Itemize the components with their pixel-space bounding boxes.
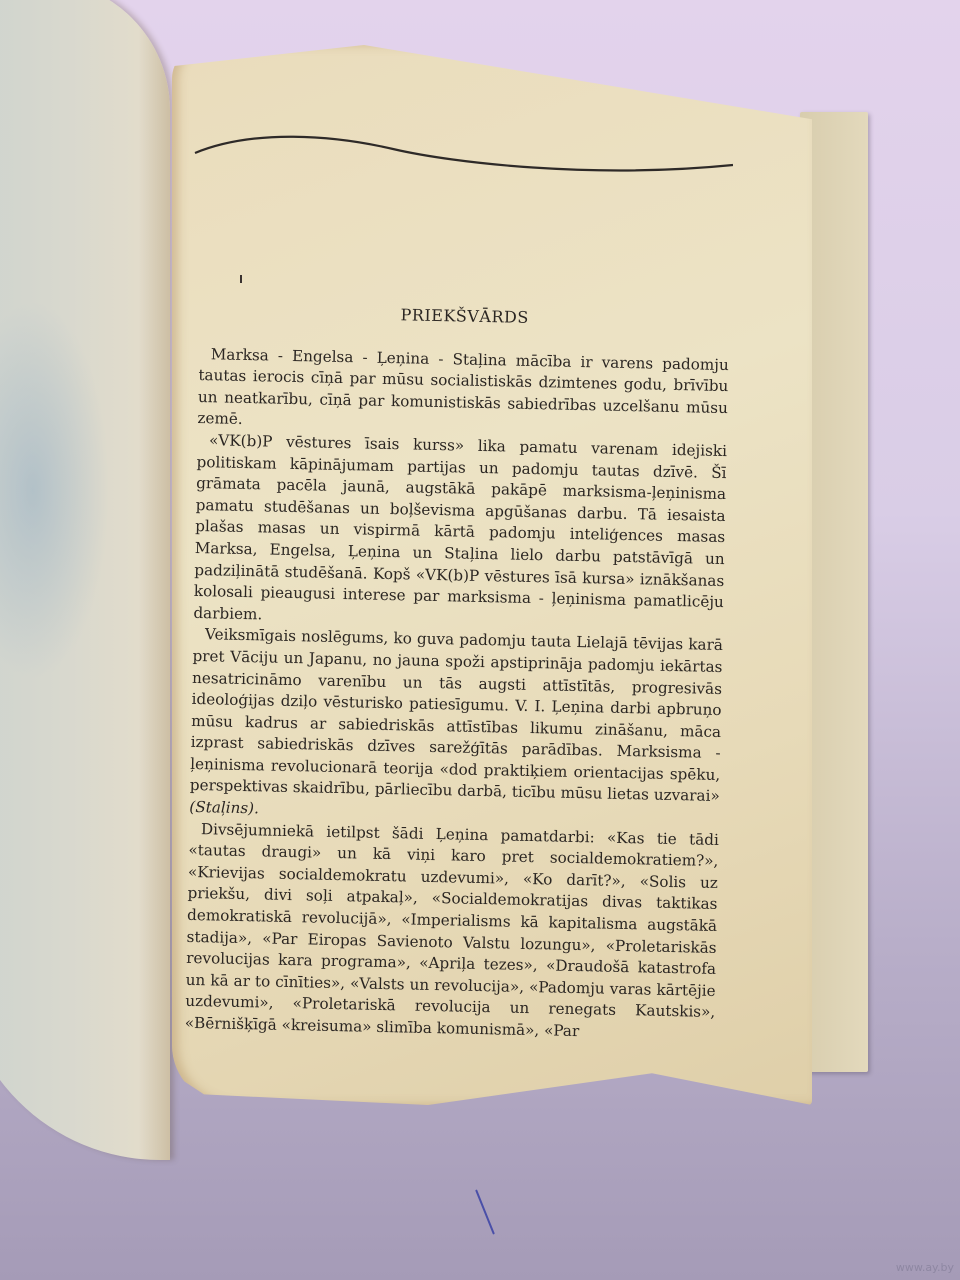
quote-attribution: (Staļins). xyxy=(189,798,259,817)
decorative-rule xyxy=(193,125,733,185)
left-page xyxy=(0,0,170,1160)
blue-stain xyxy=(0,300,110,680)
paragraph-4: Divsējumniekā ietilpst šādi Ļeņina pamat… xyxy=(185,819,719,1046)
ink-speck xyxy=(240,275,242,283)
page-text: PRIEKŠVĀRDS Marksa - Engelsa - Ļeņina - … xyxy=(185,300,730,1046)
pen-mark xyxy=(475,1189,495,1234)
paragraph-3: Veiksmīgais noslēgums, ko guva padomju t… xyxy=(189,624,723,829)
paragraph-1: Marksa - Engelsa - Ļeņina - Staļina mācī… xyxy=(197,344,729,441)
paragraph-2: «VK(b)P vēstures īsais kurss» lika pamat… xyxy=(193,430,727,635)
watermark: www.ay.by xyxy=(896,1261,954,1274)
paragraph-3-text: Veiksmīgais noslēgums, ko guva padomju t… xyxy=(190,625,723,805)
